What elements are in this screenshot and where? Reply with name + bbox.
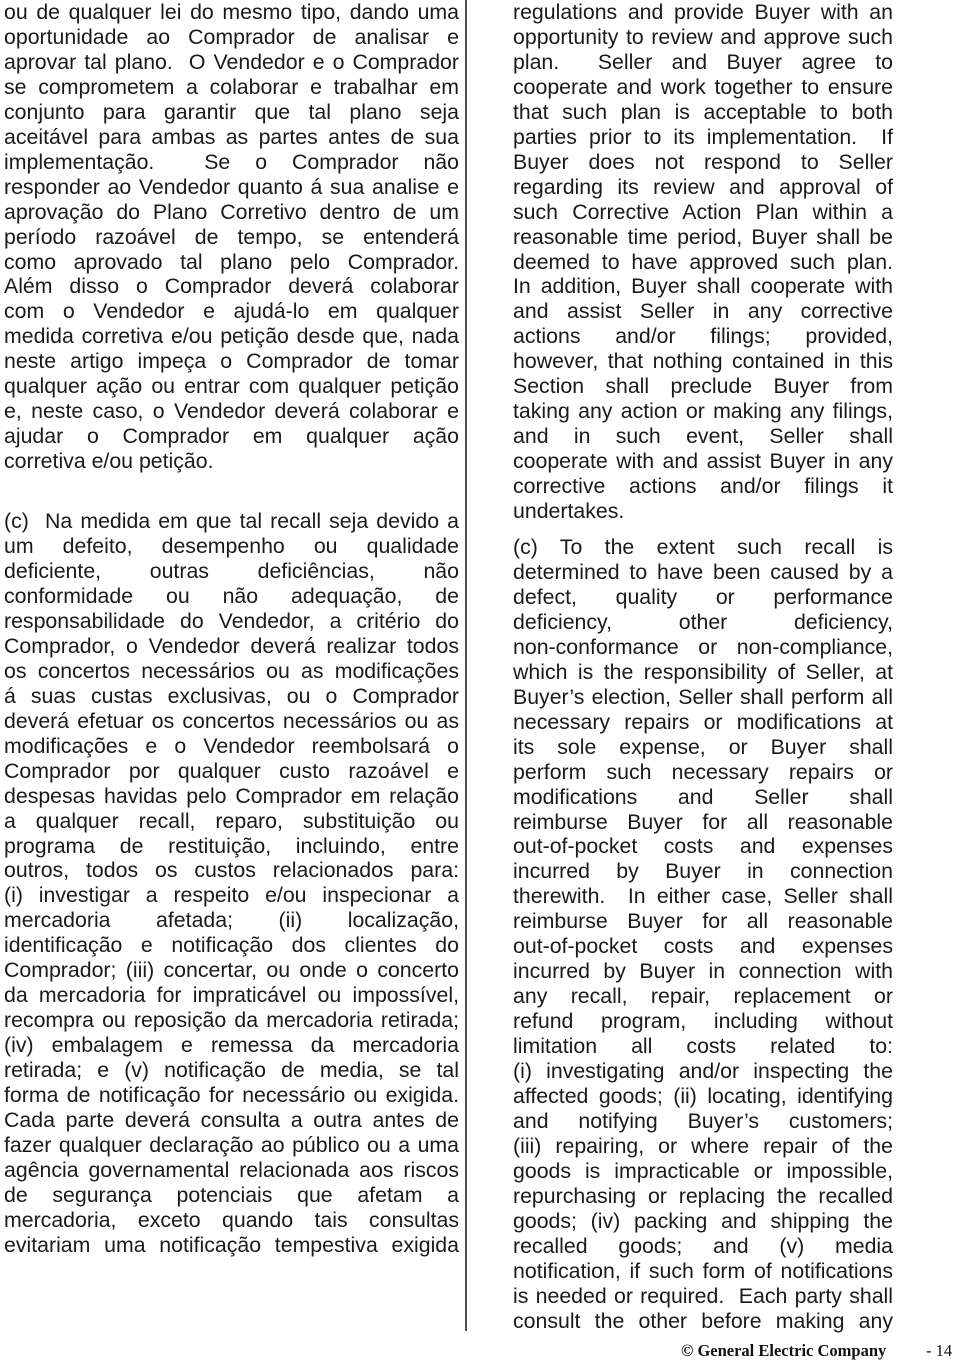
text-line: programa de restituição, incluindo, entr…	[4, 834, 459, 859]
text-line: repurchasing or replacing the recalled	[513, 1184, 893, 1209]
text-line: actions and/or filings; provided,	[513, 324, 893, 349]
text-line: plan. Seller and Buyer agree to	[513, 50, 893, 75]
text-line: forma de notificação for necessário ou e…	[4, 1083, 459, 1108]
text-line: regulations and provide Buyer with an	[513, 0, 893, 25]
text-line: a qualquer recall, reparo, substituição …	[4, 809, 459, 834]
column-divider-line	[465, 0, 467, 1331]
text-line: Comprador; (iii) concertar, ou onde o co…	[4, 958, 459, 983]
text-line: com o Vendedor e ajudá-lo em qualquer	[4, 299, 459, 324]
text-line: cooperate and work together to ensure	[513, 75, 893, 100]
text-line: aceitável para ambas as partes antes de …	[4, 125, 459, 150]
text-line: se comprometem a colaborar e trabalhar e…	[4, 75, 459, 100]
paragraph-pt-section-c: (c) Na medida em que tal recall seja dev…	[4, 509, 459, 1258]
text-line: therewith. In either case, Seller shall	[513, 884, 893, 909]
text-line: recompra ou reposição da mercadoria reti…	[4, 1008, 459, 1033]
page-number: - 14	[926, 1341, 952, 1361]
text-line: mercadoria afetada; (ii) localização,	[4, 908, 459, 933]
text-line: In addition, Buyer shall cooperate with	[513, 274, 893, 299]
text-line: deficiente, outras deficiências, não	[4, 559, 459, 584]
text-line: responder ao Vendedor quanto á sua anali…	[4, 175, 459, 200]
text-line: de segurança potenciais que afetam a	[4, 1183, 459, 1208]
text-line: aprovar tal plano. O Vendedor e o Compra…	[4, 50, 459, 75]
text-line: corrective actions and/or filings it	[513, 474, 893, 499]
text-line: Além disso o Comprador deverá colaborar	[4, 274, 459, 299]
text-line: taking any action or making any filings,	[513, 399, 893, 424]
text-line: regarding its review and approval of	[513, 175, 893, 200]
text-line: deficiency, other deficiency,	[513, 610, 893, 635]
text-line: determined to have been caused by a	[513, 560, 893, 585]
text-line: corretiva e/ou petição.	[4, 449, 459, 474]
text-line: fazer qualquer declaração ao público ou …	[4, 1133, 459, 1158]
text-line: mercadoria, exceto quando tais consultas	[4, 1208, 459, 1233]
text-line: reimburse Buyer for all reasonable	[513, 810, 893, 835]
text-line: which is the responsibility of Seller, a…	[513, 660, 893, 685]
text-line: goods is impracticable or impossible,	[513, 1159, 893, 1184]
copyright-notice: © General Electric Company	[681, 1341, 886, 1361]
text-line: e, neste caso, o Vendedor deverá colabor…	[4, 399, 459, 424]
text-line: qualquer ação ou entrar com qualquer pet…	[4, 374, 459, 399]
text-line: perform such necessary repairs or	[513, 760, 893, 785]
text-line: reimburse Buyer for all reasonable	[513, 909, 893, 934]
text-line: incurred by Buyer in connection with	[513, 959, 893, 984]
text-line: out-of-pocket costs and expenses	[513, 834, 893, 859]
text-line: reasonable time period, Buyer shall be	[513, 225, 893, 250]
paragraph-pt-continuation: ou de qualquer lei do mesmo tipo, dando …	[4, 0, 459, 474]
english-column: regulations and provide Buyer with anopp…	[513, 0, 893, 1334]
text-line: is needed or required. Each party shall	[513, 1284, 893, 1309]
text-line: oportunidade ao Comprador de analisar e	[4, 25, 459, 50]
text-line: ou de qualquer lei do mesmo tipo, dando …	[4, 0, 459, 25]
text-line: modifications and Seller shall	[513, 785, 893, 810]
text-line: Comprador, o Vendedor deverá realizar to…	[4, 634, 459, 659]
text-line: Comprador por qualquer custo razoável e	[4, 759, 459, 784]
text-line: opportunity to review and approve such	[513, 25, 893, 50]
text-line: conjunto para garantir que tal plano sej…	[4, 100, 459, 125]
text-line: (c) To the extent such recall is	[513, 535, 893, 560]
text-line: um defeito, desempenho ou qualidade	[4, 534, 459, 559]
text-line: neste artigo impeça o Comprador de tomar	[4, 349, 459, 374]
text-line: cooperate with and assist Buyer in any	[513, 449, 893, 474]
text-line: responsabilidade do Vendedor, a critério…	[4, 609, 459, 634]
text-line: outros, todos os custos relacionados par…	[4, 858, 459, 883]
text-line: despesas havidas pelo Comprador em relaç…	[4, 784, 459, 809]
text-line: recalled goods; and (v) media	[513, 1234, 893, 1259]
text-line: deemed to have approved such plan.	[513, 250, 893, 275]
text-line: parties prior to its implementation. If	[513, 125, 893, 150]
text-line: such Corrective Action Plan within a	[513, 200, 893, 225]
text-line: and assist Seller in any corrective	[513, 299, 893, 324]
text-line: conformidade ou não adequação, de	[4, 584, 459, 609]
text-line: Section shall preclude Buyer from	[513, 374, 893, 399]
document-page: ou de qualquer lei do mesmo tipo, dando …	[0, 0, 960, 1365]
text-line: á suas custas exclusivas, ou o Comprador	[4, 684, 459, 709]
text-line: medida corretiva e/ou petição desde que,…	[4, 324, 459, 349]
text-line: its sole expense, or Buyer shall	[513, 735, 893, 760]
text-line: notification, if such form of notificati…	[513, 1259, 893, 1284]
text-line: out-of-pocket costs and expenses	[513, 934, 893, 959]
text-line: consult the other before making any	[513, 1309, 893, 1334]
text-line: período razoável de tempo, se entenderá	[4, 225, 459, 250]
text-line: however, that nothing contained in this	[513, 349, 893, 374]
text-line: and in such event, Seller shall	[513, 424, 893, 449]
text-line: (iii) repairing, or where repair of the	[513, 1134, 893, 1159]
text-line: any recall, repair, replacement or	[513, 984, 893, 1009]
portuguese-column: ou de qualquer lei do mesmo tipo, dando …	[4, 0, 459, 1258]
paragraph-en-section-c: (c) To the extent such recall isdetermin…	[513, 535, 893, 1334]
text-line: (i) investigar a respeito e/ou inspecion…	[4, 883, 459, 908]
text-line: goods; (iv) packing and shipping the	[513, 1209, 893, 1234]
text-line: necessary repairs or modifications at	[513, 710, 893, 735]
text-line: limitation all costs related to:	[513, 1034, 893, 1059]
paragraph-en-continuation: regulations and provide Buyer with anopp…	[513, 0, 893, 524]
text-line: refund program, including without	[513, 1009, 893, 1034]
text-line: defect, quality or performance	[513, 585, 893, 610]
text-line: evitariam uma notificação tempestiva exi…	[4, 1233, 459, 1258]
text-line: retirada; e (v) notificação de media, se…	[4, 1058, 459, 1083]
text-line: Cada parte deverá consulta a outra antes…	[4, 1108, 459, 1133]
page-footer: © General Electric Company - 14	[0, 1341, 960, 1365]
text-line: modificações e o Vendedor reembolsará o	[4, 734, 459, 759]
text-line: deverá efetuar os concertos necessários …	[4, 709, 459, 734]
text-line: como aprovado tal plano pelo Comprador.	[4, 250, 459, 275]
text-line: identificação e notificação dos clientes…	[4, 933, 459, 958]
text-line: os concertos necessários ou as modificaç…	[4, 659, 459, 684]
text-line: agência governamental relacionada aos ri…	[4, 1158, 459, 1183]
text-line: implementação. Se o Comprador não	[4, 150, 459, 175]
text-line: affected goods; (ii) locating, identifyi…	[513, 1084, 893, 1109]
text-line: Buyer’s election, Seller shall perform a…	[513, 685, 893, 710]
text-line: ajudar o Comprador em qualquer ação	[4, 424, 459, 449]
text-line: (i) investigating and/or inspecting the	[513, 1059, 893, 1084]
text-line: that such plan is acceptable to both	[513, 100, 893, 125]
text-line: incurred by Buyer in connection	[513, 859, 893, 884]
text-line: (iv) embalagem e remessa da mercadoria	[4, 1033, 459, 1058]
text-line: (c) Na medida em que tal recall seja dev…	[4, 509, 459, 534]
text-line: da mercadoria for impraticável ou imposs…	[4, 983, 459, 1008]
text-line: and notifying Buyer’s customers;	[513, 1109, 893, 1134]
text-line: non-conformance or non-compliance,	[513, 635, 893, 660]
text-line: Buyer does not respond to Seller	[513, 150, 893, 175]
text-line: aprovação do Plano Corretivo dentro de u…	[4, 200, 459, 225]
text-line: undertakes.	[513, 499, 893, 524]
